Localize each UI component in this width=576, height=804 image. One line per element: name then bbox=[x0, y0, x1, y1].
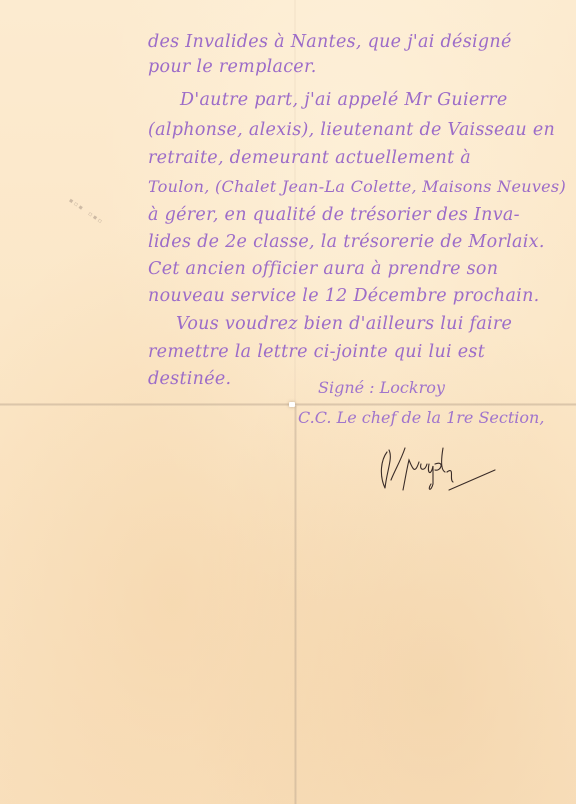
pin-hole bbox=[289, 402, 295, 407]
letter-line: nouveau service le 12 Décembre prochain. bbox=[148, 286, 540, 306]
letter-line: D'autre part, j'ai appelé Mr Guierre bbox=[180, 90, 508, 110]
fold-crease-horizontal bbox=[0, 403, 576, 406]
handwritten-signature bbox=[375, 440, 505, 510]
fold-crease-vertical bbox=[294, 406, 297, 804]
letter-line: pour le remplacer. bbox=[148, 57, 317, 77]
letter-line: Toulon, (Chalet Jean-La Colette, Maisons… bbox=[148, 177, 566, 196]
letter-line: remettre la lettre ci-jointe qui lui est bbox=[148, 342, 485, 362]
letter-line: à gérer, en qualité de trésorier des Inv… bbox=[148, 205, 520, 225]
letter-page: ▪▫▪ ▫▪▫ des Invalides à Nantes, que j'ai… bbox=[0, 0, 576, 804]
certification-line: C.C. Le chef de la 1re Section, bbox=[298, 408, 544, 427]
faded-margin-stamp: ▪▫▪ ▫▪▫ bbox=[55, 196, 121, 255]
letter-line: lides de 2e classe, la trésorerie de Mor… bbox=[148, 232, 545, 252]
letter-line: (alphonse, alexis), lieutenant de Vaisse… bbox=[148, 120, 555, 140]
letter-line: Cet ancien officier aura à prendre son bbox=[148, 259, 498, 279]
letter-line: des Invalides à Nantes, que j'ai désigné bbox=[148, 32, 512, 52]
letter-line: Vous voudrez bien d'ailleurs lui faire bbox=[176, 314, 512, 334]
letter-line: retraite, demeurant actuellement à bbox=[148, 148, 471, 168]
letter-line: destinée. bbox=[148, 369, 231, 389]
signed-line: Signé : Lockroy bbox=[318, 378, 445, 397]
